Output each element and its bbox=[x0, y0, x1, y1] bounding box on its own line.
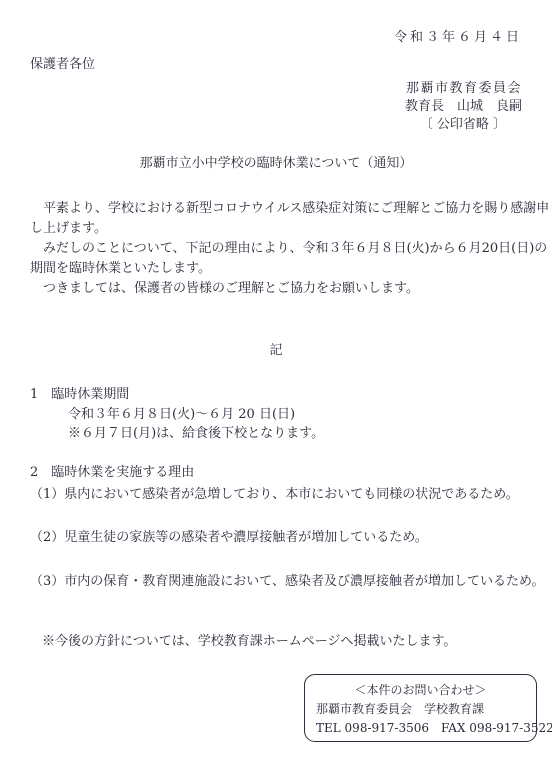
section1-heading: 1 臨時休業期間 bbox=[30, 387, 129, 402]
footer-note: ※今後の方針については、学校教育課ホームページへ掲載いたします。 bbox=[42, 634, 456, 649]
section2-heading: 2 臨時休業を実施する理由 bbox=[30, 465, 194, 480]
closure-period-note: ※６月７日(月)は、給食後下校となります。 bbox=[68, 426, 324, 441]
body-paragraph-line: みだしのことについて、下記の理由により、令和３年６月８日(火)から６月20日(日… bbox=[30, 241, 547, 256]
contact-organization: 那覇市教育委員会 学校教育課 bbox=[305, 700, 536, 719]
seal-omitted-note: 〔 公印省略 〕 bbox=[420, 117, 506, 132]
document-title: 那覇市立小中学校の臨時休業について（通知） bbox=[0, 156, 552, 171]
contact-box: ＜本件のお問い合わせ＞ 那覇市教育委員会 学校教育課 TEL 098-917-3… bbox=[304, 674, 537, 742]
recipient-line: 保護者各位 bbox=[30, 57, 95, 72]
contact-tel-fax: TEL 098-917-3506 FAX 098-917-3522 bbox=[305, 719, 536, 738]
closure-period: 令和３年６月８日(火)～６月 20 日(日) bbox=[68, 407, 295, 422]
body-paragraph-line: 期間を臨時休業といたします。 bbox=[30, 261, 211, 276]
sender-organization: 那覇市教育委員会 bbox=[406, 81, 522, 96]
notice-document-page: 令和３年６月４日 保護者各位 那覇市教育委員会 教育長 山城 良嗣 〔 公印省略… bbox=[0, 0, 552, 757]
ki-marker: 記 bbox=[0, 343, 552, 358]
body-paragraph-line: 平素より、学校における新型コロナウイルス感染症対策にご理解とご協力を賜り感謝申 bbox=[30, 201, 549, 216]
document-date: 令和３年６月４日 bbox=[394, 30, 522, 45]
contact-box-title: ＜本件のお問い合わせ＞ bbox=[305, 681, 536, 700]
body-paragraph-line: つきましては、保護者の皆様のご理解とご協力をお願いします。 bbox=[30, 281, 419, 296]
reason-item: （3）市内の保育・教育関連施設において、感染者及び濃厚接触者が増加しているため。 bbox=[30, 574, 545, 589]
sender-person: 教育長 山城 良嗣 bbox=[405, 99, 522, 114]
body-paragraph-line: し上げます。 bbox=[30, 221, 107, 236]
reason-item: （2）児童生徒の家族等の感染者や濃厚接触者が増加しているため。 bbox=[30, 530, 428, 545]
reason-item: （1）県内において感染者が急増しており、本市においても同様の状況であるため。 bbox=[30, 487, 519, 502]
